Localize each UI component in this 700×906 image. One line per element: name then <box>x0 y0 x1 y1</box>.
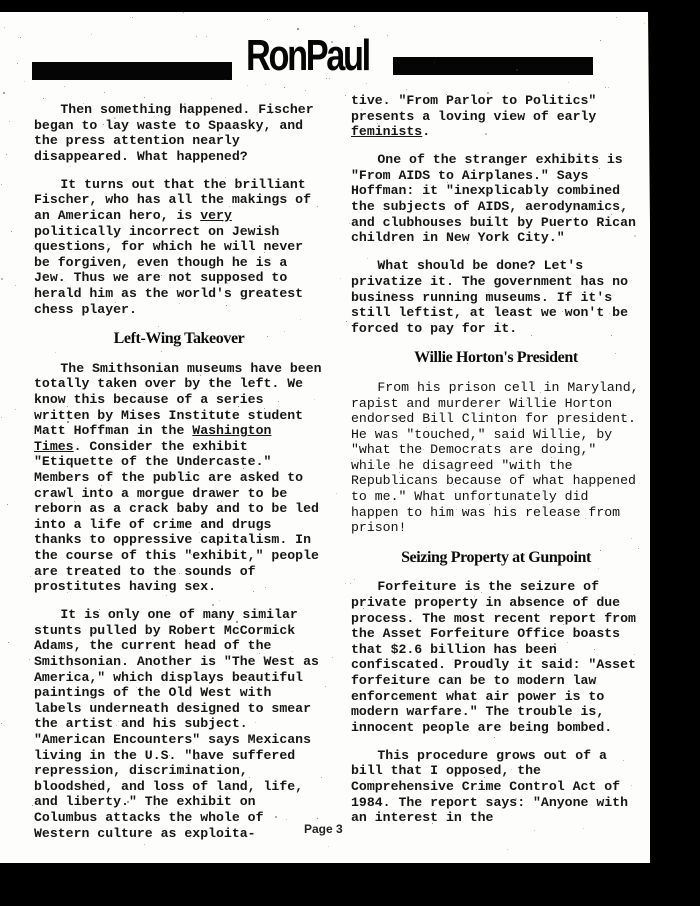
speckle <box>516 69 518 71</box>
speckle <box>67 406 68 407</box>
speckle <box>24 81 25 82</box>
speckle <box>635 388 636 389</box>
speckle <box>211 98 212 99</box>
speckle <box>17 63 18 64</box>
text-segment: It turns out that the brilliant Fischer,… <box>34 177 311 223</box>
speckle <box>576 205 578 207</box>
speckle <box>143 141 144 142</box>
speckle <box>434 62 435 63</box>
speckle <box>469 731 470 732</box>
speckle <box>377 123 378 124</box>
speckle <box>300 319 301 320</box>
speckle <box>387 35 388 36</box>
speckle <box>367 258 368 259</box>
speckle <box>200 375 201 376</box>
speckle <box>252 646 253 647</box>
speckle <box>161 275 162 276</box>
speckle <box>412 238 413 239</box>
speckle <box>317 206 318 207</box>
speckle <box>15 285 16 286</box>
speckle <box>33 248 34 249</box>
speckle <box>479 457 480 458</box>
speckle <box>452 659 453 660</box>
speckle <box>115 302 116 303</box>
speckle <box>611 214 612 215</box>
speckle <box>1 184 2 185</box>
speckle <box>70 665 71 666</box>
speckle <box>219 600 220 601</box>
heading-willie-horton: Willie Horton's President <box>351 350 641 366</box>
speckle <box>1 278 3 280</box>
speckle <box>179 573 180 574</box>
speckle <box>227 283 228 284</box>
speckle <box>165 431 166 432</box>
speckle <box>583 828 584 829</box>
speckle <box>91 34 92 35</box>
speckle <box>148 202 149 203</box>
speckle <box>593 153 594 154</box>
speckle <box>494 737 495 738</box>
speckle <box>15 409 16 410</box>
speckle <box>391 130 392 131</box>
speckle <box>528 495 529 496</box>
speckle <box>326 78 327 79</box>
speckle <box>67 421 69 423</box>
speckle <box>267 19 268 20</box>
speckle <box>453 484 454 485</box>
speckle <box>399 679 401 681</box>
speckle <box>253 591 254 592</box>
speckle <box>644 23 645 24</box>
paragraph-fischer-brilliant: It turns out that the brilliant Fischer,… <box>34 177 324 317</box>
speckle <box>611 335 612 336</box>
speckle <box>585 518 586 519</box>
speckle <box>422 176 423 177</box>
speckle <box>88 151 89 152</box>
speckle <box>616 17 617 18</box>
speckle <box>174 511 175 512</box>
speckle <box>6 154 7 155</box>
speckle <box>476 297 477 298</box>
speckle <box>20 37 21 38</box>
speckle <box>496 649 497 650</box>
speckle <box>321 777 322 778</box>
speckle <box>446 94 447 95</box>
speckle <box>489 504 490 505</box>
text-segment: . Consider the exhibit "Etiquette of the… <box>34 439 319 594</box>
paragraph-continuation-feminists: tive. "From Parlor to Politics" presents… <box>351 93 641 140</box>
speckle <box>225 177 226 178</box>
speckle <box>427 434 428 435</box>
speckle <box>374 465 375 466</box>
speckle <box>156 807 157 808</box>
text-segment: The Smithsonian museums have been totall… <box>34 361 322 438</box>
text-segment: tive. "From Parlor to Politics" presents… <box>351 93 596 124</box>
speckle <box>284 87 285 88</box>
speckle <box>209 382 211 384</box>
speckle <box>487 92 489 94</box>
speckle <box>432 823 433 824</box>
speckle <box>365 116 366 117</box>
paragraph-aids-to-airplanes: One of the stranger exhibits is "From AI… <box>351 152 641 246</box>
speckle <box>562 508 563 509</box>
speckle <box>206 36 207 37</box>
text-segment: . <box>422 124 430 139</box>
speckle <box>345 583 346 584</box>
speckle <box>314 399 315 400</box>
speckle <box>118 721 119 722</box>
speckle <box>364 528 365 529</box>
speckle <box>573 693 574 694</box>
speckle <box>29 659 30 660</box>
speckle <box>345 95 346 96</box>
speckle <box>266 689 267 690</box>
speckle <box>183 12 184 13</box>
speckle <box>265 84 266 85</box>
speckle <box>103 124 104 125</box>
speckle <box>406 89 407 90</box>
speckle <box>594 649 595 650</box>
speckle <box>361 109 362 110</box>
speckle <box>70 166 71 167</box>
speckle <box>116 677 117 678</box>
speckle <box>486 100 487 101</box>
speckle <box>259 653 260 654</box>
speckle <box>526 400 527 401</box>
speckle <box>385 101 386 102</box>
speckle <box>297 28 299 30</box>
speckle <box>275 816 277 818</box>
speckle <box>349 223 350 224</box>
speckle <box>58 451 59 452</box>
right-column: tive. "From Parlor to Politics" presents… <box>351 93 641 838</box>
header-rule-right <box>393 57 593 75</box>
speckle <box>535 724 536 725</box>
speckle <box>340 278 341 279</box>
speckle <box>433 313 434 314</box>
speckle <box>392 293 394 295</box>
speckle <box>511 769 512 770</box>
speckle <box>221 501 222 502</box>
speckle <box>243 468 244 469</box>
speckle <box>92 136 93 137</box>
speckle <box>336 493 337 494</box>
speckle <box>519 696 520 697</box>
speckle <box>11 231 12 232</box>
speckle <box>568 82 569 83</box>
speckle <box>226 305 227 306</box>
speckle <box>554 643 556 645</box>
speckle <box>513 496 514 497</box>
paragraph-smithsonian-takeover: The Smithsonian museums have been totall… <box>34 361 324 595</box>
speckle <box>531 335 532 336</box>
speckle <box>493 413 494 414</box>
speckle <box>267 336 268 337</box>
speckle <box>608 87 609 88</box>
speckle <box>67 592 68 593</box>
speckle <box>286 757 287 758</box>
speckle <box>3 92 5 94</box>
speckle <box>8 642 9 643</box>
left-column: Then something happened. Fischer began t… <box>34 102 324 854</box>
speckle <box>398 417 400 419</box>
speckle <box>99 609 100 610</box>
speckle <box>366 83 367 84</box>
underlined-text: very <box>200 208 232 223</box>
speckle <box>453 677 454 678</box>
speckle <box>356 772 357 773</box>
speckle <box>229 206 230 207</box>
speckle <box>43 98 44 99</box>
speckle <box>264 252 265 253</box>
speckle <box>191 554 192 555</box>
speckle <box>623 760 624 761</box>
speckle <box>600 550 601 551</box>
speckle <box>64 86 65 87</box>
speckle <box>638 548 639 549</box>
speckle <box>332 657 333 658</box>
speckle <box>320 366 321 367</box>
speckle <box>49 433 50 434</box>
speckle <box>196 36 197 37</box>
speckle <box>264 408 265 409</box>
paragraph-then-something-happened: Then something happened. Fischer began t… <box>34 102 324 164</box>
speckle <box>1 723 2 724</box>
speckle <box>100 420 101 421</box>
speckle <box>9 121 10 122</box>
speckle <box>101 485 102 486</box>
speckle <box>423 449 424 450</box>
speckle <box>158 326 159 327</box>
speckle <box>484 493 485 494</box>
speckle <box>631 785 632 786</box>
speckle <box>7 504 8 505</box>
speckle <box>465 785 466 786</box>
header-rule-left <box>32 62 232 80</box>
speckle <box>152 639 153 640</box>
speckle <box>426 427 427 428</box>
speckle <box>152 665 153 666</box>
speckle <box>467 243 468 244</box>
speckle <box>238 406 239 407</box>
speckle <box>563 624 564 625</box>
paragraph-forfeiture: Forfeiture is the seizure of private pro… <box>351 579 641 735</box>
speckle <box>284 331 285 332</box>
paragraph-prison-cell: From his prison cell in Maryland, rapist… <box>351 380 641 536</box>
speckle <box>161 216 162 217</box>
speckle <box>164 388 165 389</box>
speckle <box>551 457 552 458</box>
speckle <box>317 818 318 819</box>
speckle <box>144 97 145 98</box>
speckle <box>122 276 123 277</box>
speckle <box>567 642 568 643</box>
speckle <box>331 41 333 43</box>
page-number: Page 3 <box>304 822 343 836</box>
speckle <box>114 117 116 119</box>
speckle <box>598 568 599 569</box>
speckle <box>609 313 610 314</box>
speckle <box>30 576 31 577</box>
speckle <box>619 385 620 386</box>
heading-left-wing-takeover: Left-Wing Takeover <box>34 331 324 347</box>
speckle <box>479 639 480 640</box>
speckle <box>396 468 397 469</box>
speckle <box>116 725 117 726</box>
speckle <box>631 538 632 539</box>
speckle <box>99 583 100 584</box>
speckle <box>474 596 475 597</box>
speckle <box>278 401 279 402</box>
speckle <box>104 92 105 93</box>
speckle <box>562 311 563 312</box>
speckle <box>247 85 248 86</box>
speckle <box>136 687 137 688</box>
speckle <box>83 103 84 104</box>
speckle <box>599 168 600 169</box>
speckle <box>1 417 2 418</box>
speckle <box>305 90 306 91</box>
speckle <box>166 595 167 596</box>
speckle <box>540 392 541 393</box>
speckle <box>195 758 197 760</box>
speckle <box>127 801 129 803</box>
speckle <box>534 830 535 831</box>
speckle <box>162 672 163 673</box>
speckle <box>325 686 326 687</box>
speckle <box>32 805 33 806</box>
speckle <box>190 696 191 697</box>
underlined-text: feminists <box>351 124 422 139</box>
speckle <box>515 798 517 800</box>
speckle <box>265 587 266 588</box>
speckle <box>222 221 223 222</box>
speckle <box>79 111 80 112</box>
paragraph-procedure-grows: This procedure grows out of a bill that … <box>351 748 641 826</box>
speckle <box>329 78 330 79</box>
speckle <box>507 849 508 850</box>
speckle <box>179 303 180 304</box>
speckle <box>144 844 145 845</box>
speckle <box>249 777 250 778</box>
speckle <box>107 244 108 245</box>
speckle <box>600 40 601 41</box>
speckle <box>484 777 485 778</box>
speckle <box>570 409 571 410</box>
newsletter-page: RonPaul Then something happened. Fischer… <box>0 12 650 863</box>
speckle <box>354 26 355 27</box>
paragraph-many-similar-stunts: It is only one of many similar stunts pu… <box>34 607 324 841</box>
speckle <box>48 833 49 834</box>
speckle <box>199 532 200 533</box>
speckle <box>213 141 214 142</box>
paragraph-privatize-it: What should be done? Let's privatize it.… <box>351 258 641 336</box>
speckle <box>4 27 5 28</box>
speckle <box>219 134 220 135</box>
speckle <box>634 235 636 237</box>
speckle <box>557 384 558 385</box>
speckle <box>255 722 256 723</box>
speckle <box>447 182 448 183</box>
speckle <box>144 392 145 393</box>
speckle <box>53 709 55 711</box>
text-segment: politically incorrect on Jewish question… <box>34 224 303 317</box>
speckle <box>363 608 364 609</box>
speckle <box>544 225 545 226</box>
speckle <box>271 113 272 114</box>
speckle <box>563 195 564 196</box>
speckle <box>158 115 159 116</box>
speckle <box>350 583 351 584</box>
speckle <box>184 103 186 105</box>
speckle <box>346 321 347 322</box>
speckle <box>545 694 546 695</box>
speckle <box>143 341 144 342</box>
speckle <box>92 587 93 588</box>
speckle <box>354 579 355 580</box>
speckle <box>560 206 561 207</box>
speckle <box>311 68 312 69</box>
speckle <box>55 352 56 353</box>
speckle <box>615 353 616 354</box>
speckle <box>485 133 487 135</box>
speckle <box>424 208 425 209</box>
speckle <box>481 592 482 593</box>
speckle <box>74 501 75 502</box>
speckle <box>605 87 606 88</box>
speckle <box>236 621 238 623</box>
speckle <box>466 509 467 510</box>
speckle <box>372 662 373 663</box>
speckle <box>94 780 95 781</box>
speckle <box>86 766 87 767</box>
speckle <box>239 264 240 265</box>
speckle <box>212 604 214 606</box>
speckle <box>621 210 622 211</box>
speckle <box>123 612 124 613</box>
speckle <box>399 472 400 473</box>
speckle <box>604 510 605 511</box>
speckle <box>161 351 162 352</box>
speckle <box>286 819 287 820</box>
speckle <box>456 509 457 510</box>
speckle <box>292 651 293 652</box>
speckle <box>328 846 329 847</box>
speckle <box>247 682 248 683</box>
speckle <box>132 17 133 18</box>
speckle <box>634 654 635 655</box>
heading-seizing-property: Seizing Property at Gunpoint <box>351 550 641 566</box>
speckle <box>260 707 262 709</box>
speckle <box>190 685 191 686</box>
speckle <box>225 79 226 80</box>
speckle <box>476 789 477 790</box>
speckle <box>169 755 170 756</box>
ron-paul-logo: RonPaul <box>246 34 355 78</box>
